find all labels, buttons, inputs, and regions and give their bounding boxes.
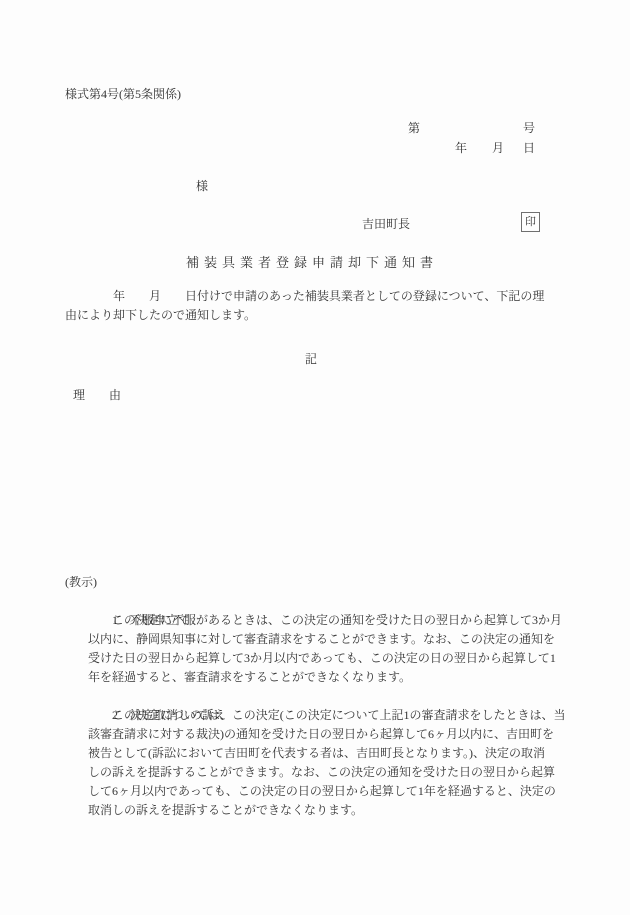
text-line: 取消しの訴えを提訴することができなくなります。 [88, 801, 566, 820]
notice-item-lawsuit: 2決定取消しの訴え この決定については、この決定(この決定について上記1の審査請… [88, 687, 566, 820]
text-line: 該審査請求に対する裁決)の通知を受けた日の翌日から起算して6ヶ月以内に、吉田町を [88, 725, 566, 744]
text-line: 以内に、静岡県知事に対して審査請求をすることができます。なお、この決定の通知を [88, 630, 566, 649]
date-month-label: 月 [492, 139, 504, 156]
addressee-honorific: 様 [196, 177, 208, 194]
body-paragraph: 年 月 日付けで申請のあった補装具業者としての登録について、下記の理由により却下… [65, 287, 544, 325]
text-line: 年を経過すると、審査請求をすることができなくなります。 [88, 668, 566, 687]
document-page: 様式第4号(第5条関係) 第 号 年 月 日 様 吉田町長 印 補装具業者登録申… [0, 0, 630, 915]
notice-item-body: この決定については、この決定(この決定について上記1の審査請求をしたときは、当該… [88, 706, 566, 820]
text-line: しの訴えを提訴することができます。なお、この決定の通知を受けた日の翌日から起算 [88, 763, 566, 782]
record-mark: 記 [305, 350, 317, 367]
seal-placeholder: 印 [521, 212, 540, 232]
text-line: 被告として(訴訟において吉田町を代表する者は、吉田町長となります。)、決定の取消 [88, 744, 566, 763]
date-day-label: 日 [523, 139, 535, 156]
date-year-label: 年 [455, 139, 467, 156]
text-line: 由により却下したので通知します。 [65, 306, 544, 325]
text-line: して6ヶ月以内であっても、この決定の日の翌日から起算して1年を経過すると、決定の [88, 782, 566, 801]
notice-heading: (教示) [65, 573, 566, 592]
notice-item-appeal: 1不服申立て この決定に不服があるときは、この決定の通知を受けた日の翌日から起算… [88, 592, 566, 687]
doc-number-prefix: 第 [408, 119, 420, 136]
text-line: この決定に不服があるときは、この決定の通知を受けた日の翌日から起算して3か月 [88, 611, 566, 630]
reason-label: 理 由 [73, 386, 121, 403]
text-line: この決定については、この決定(この決定について上記1の審査請求をしたときは、当 [88, 706, 566, 725]
text-line: 受けた日の翌日から起算して3か月以内であっても、この決定の日の翌日から起算して1 [88, 649, 566, 668]
sender-title: 吉田町長 [362, 215, 410, 232]
text-line: 年 月 日付けで申請のあった補装具業者としての登録について、下記の理 [65, 287, 544, 306]
form-number-label: 様式第4号(第5条関係) [65, 85, 181, 102]
notice-item-body: この決定に不服があるときは、この決定の通知を受けた日の翌日から起算して3か月以内… [88, 611, 566, 687]
document-title: 補装具業者登録申請却下通知書 [186, 252, 438, 271]
notice-section: (教示) 1不服申立て この決定に不服があるときは、この決定の通知を受けた日の翌… [65, 573, 566, 820]
doc-number-suffix: 号 [523, 119, 535, 136]
notice-item-head: 1不服申立て [88, 592, 566, 611]
notice-item-head: 2決定取消しの訴え [88, 687, 566, 706]
